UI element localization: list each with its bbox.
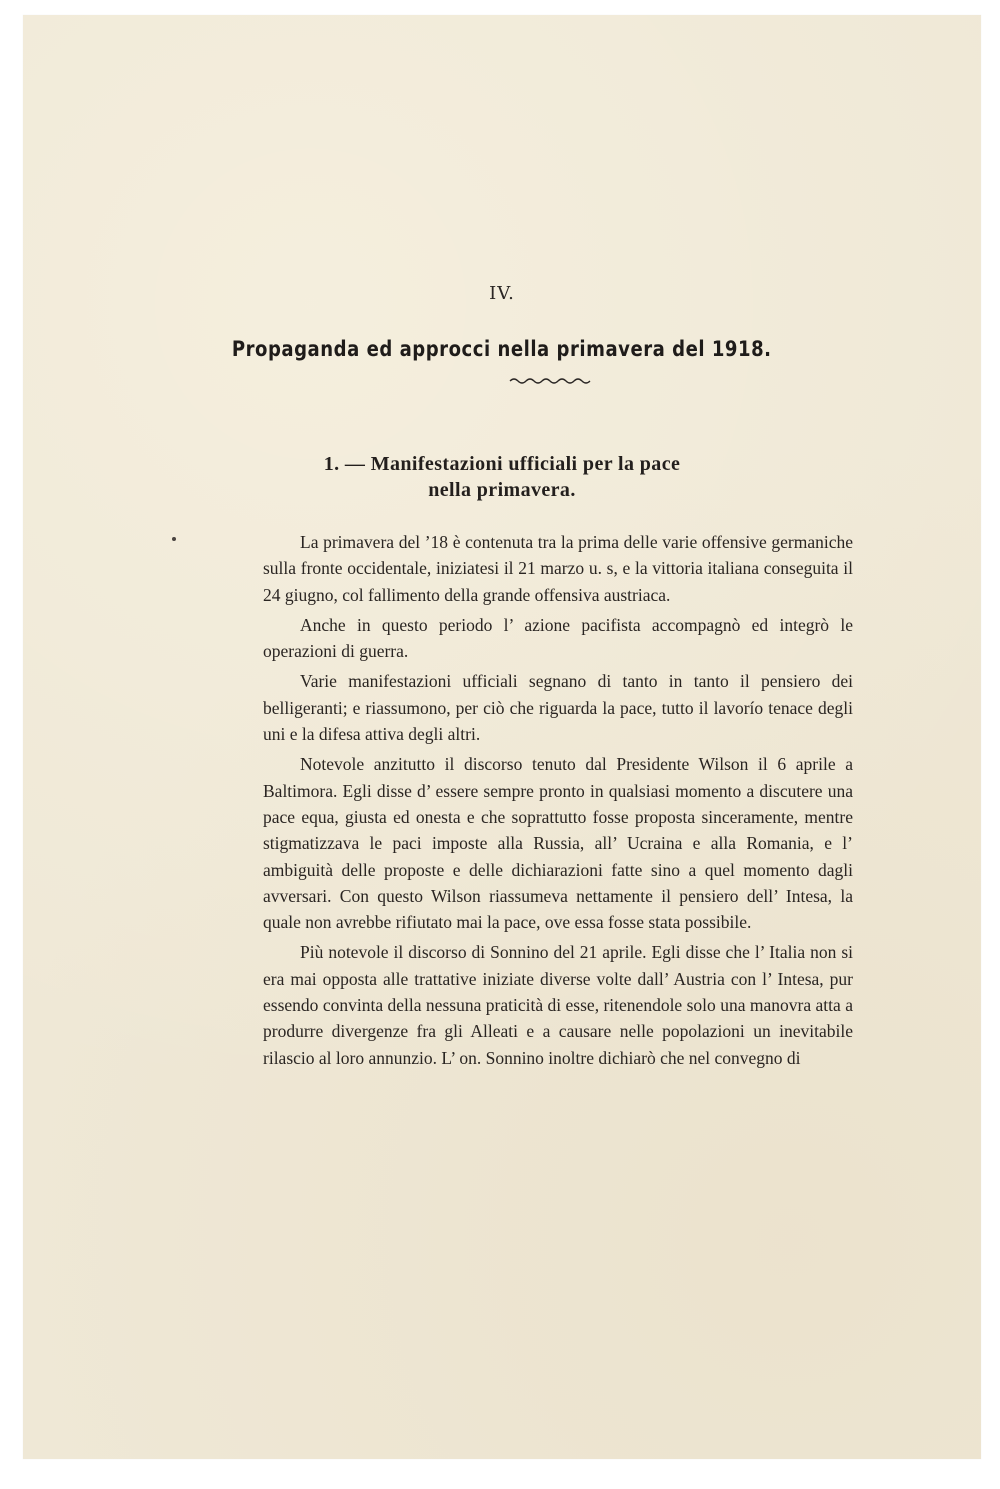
paragraph: Anche in questo periodo l’ azione pacifi… — [263, 612, 853, 665]
paragraph: Varie manifestazioni ufficiali segnano d… — [263, 668, 853, 747]
section-heading-line-2: nella primavera. — [23, 477, 981, 503]
paragraph: Più notevole il discorso di Sonnino del … — [263, 939, 853, 1070]
paragraph: La primavera del ’18 è contenuta tra la … — [263, 529, 853, 608]
body-text: La primavera del ’18 è contenuta tra la … — [263, 529, 853, 1075]
section-heading: 1. — Manifestazioni ufficiali per la pac… — [23, 451, 981, 503]
document-page: IV. Propaganda ed approcci nella primave… — [23, 15, 981, 1459]
section-heading-line-1: 1. — Manifestazioni ufficiali per la pac… — [23, 451, 981, 477]
paragraph: Notevole anzitutto il discorso tenuto da… — [263, 751, 853, 935]
paper-speck — [172, 537, 176, 541]
chapter-number: IV. — [23, 283, 981, 304]
wavy-rule-icon — [509, 377, 591, 389]
chapter-title: Propaganda ed approcci nella primavera d… — [90, 337, 914, 361]
